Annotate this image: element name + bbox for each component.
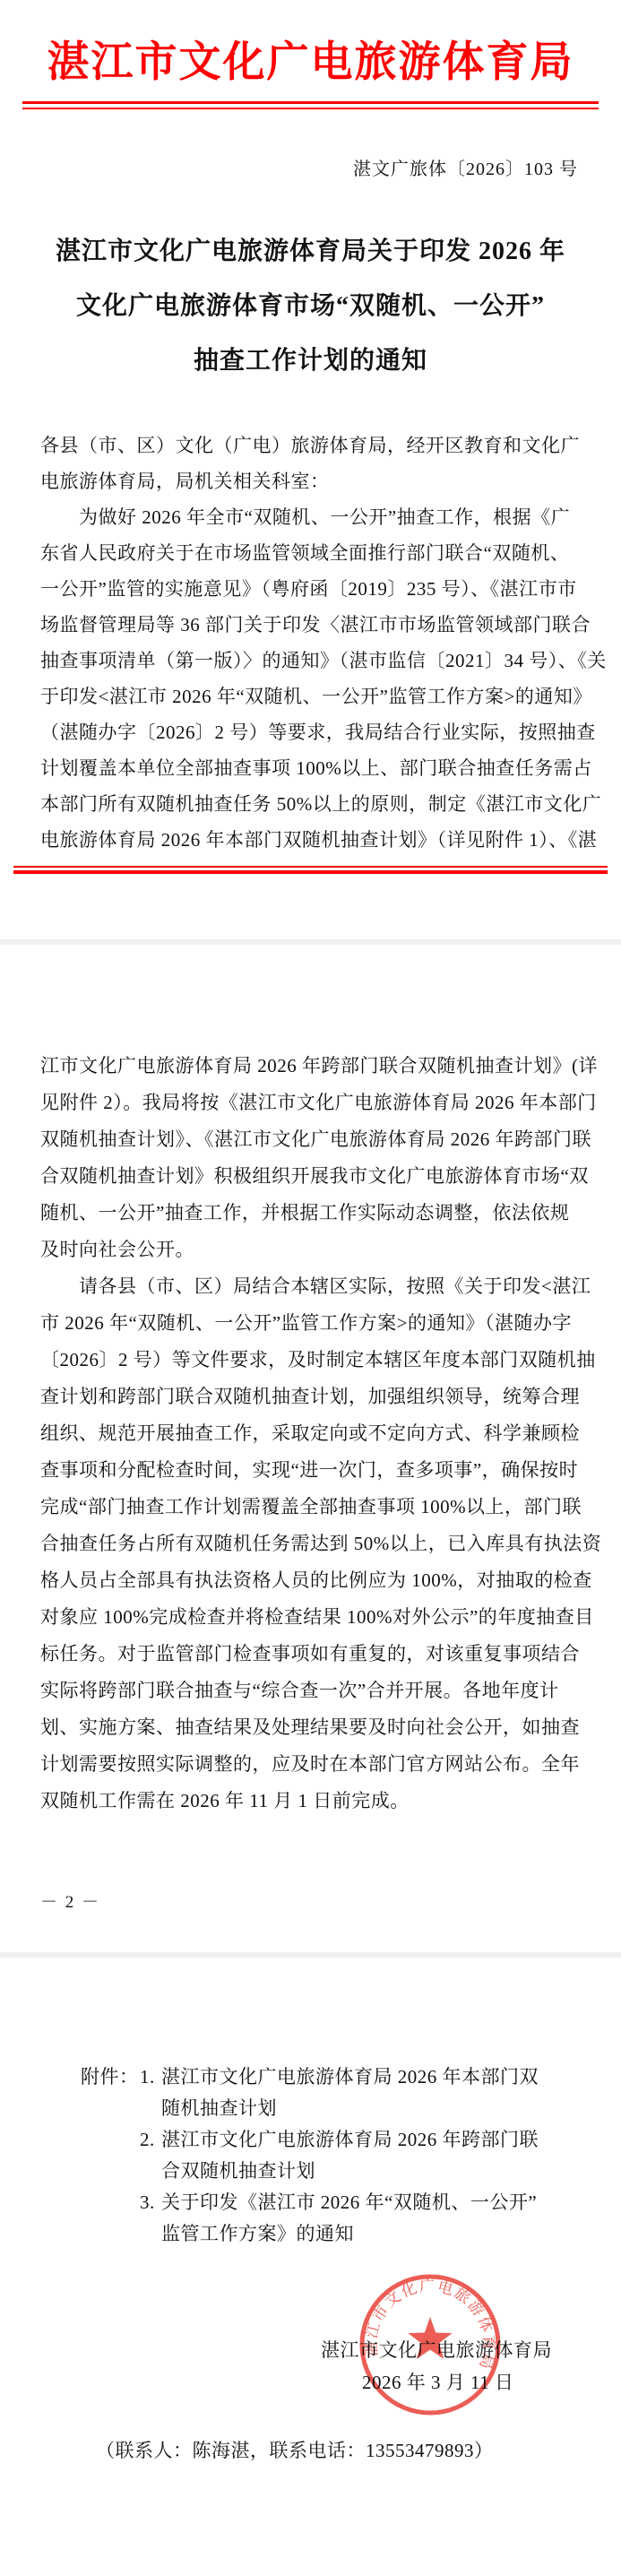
body-line: （湛随办字〔2026〕2 号）等要求，我局结合行业实际，按照抽查 — [40, 714, 585, 750]
attachment-text: 湛江市文化广电旅游体育局 2026 年跨部门联 — [161, 2124, 539, 2156]
attachment-item: 3. 关于印发《湛江市 2026 年“双随机、一公开” — [81, 2187, 603, 2218]
body-text-page-2: 江市文化广电旅游体育局 2026 年跨部门联合双随机抽查计划》(详 见附件 2）… — [40, 1048, 585, 1820]
document-title: 湛江市文化广电旅游体育局关于印发 2026 年 文化广电旅游体育市场“双随机、一… — [0, 224, 621, 388]
body-line: 标任务。对于监管部门检查事项如有重复的，对该重复事项结合 — [40, 1636, 585, 1673]
body-line: 〔2026〕2 号）等文件要求，及时制定本辖区年度本部门双随机抽 — [40, 1342, 585, 1379]
page-2: 江市文化广电旅游体育局 2026 年跨部门联合双随机抽查计划》(详 见附件 2）… — [0, 945, 621, 1952]
body-line: 实际将跨部门联合抽查与“综合查一次”合并开展。各地年度计 — [40, 1673, 585, 1709]
body-line: 组织、规范开展抽查工作，采取定向或不定向方式、科学兼顾检 — [40, 1415, 585, 1452]
attachment-item: 附件： 1. 湛江市文化广电旅游体育局 2026 年本部门双 — [81, 2062, 603, 2093]
body-line: 完成“部门抽查工作计划需覆盖全部抽查事项 100%以上，部门联 — [40, 1489, 585, 1526]
body-line: 电旅游体育局 2026 年本部门双随机抽查计划》（详见附件 1）、《湛 — [40, 822, 585, 858]
body-line: 见附件 2）。我局将按《湛江市文化广电旅游体育局 2026 年本部门 — [40, 1085, 585, 1121]
attachment-label: 附件： — [81, 2062, 140, 2093]
document-number: 湛文广旅体〔2026〕103 号 — [353, 154, 578, 180]
attachments-list: 附件： 1. 湛江市文化广电旅游体育局 2026 年本部门双 随机抽查计划 2.… — [81, 2062, 603, 2250]
body-line: 格人员占全部具有执法资格人员的比例应为 100%，对抽取的检查 — [40, 1562, 585, 1599]
title-line-3: 抽查工作计划的通知 — [0, 333, 621, 388]
body-line: 双随机抽查计划》、《湛江市文化广电旅游体育局 2026 年跨部门联 — [40, 1121, 585, 1158]
footer-double-rule — [13, 866, 608, 874]
rule-thick — [13, 870, 608, 874]
header-double-rule — [22, 101, 599, 109]
body-line: 及时向社会公开。 — [40, 1232, 585, 1268]
body-line: 请各县（市、区）局结合本辖区实际，按照《关于印发<湛江 — [40, 1268, 585, 1305]
body-line: 电旅游体育局，局机关相关科室： — [40, 463, 585, 499]
body-line: 于印发<湛江市 2026 年“双随机、一公开”监管工作方案>的通知》 — [40, 679, 585, 714]
attachment-text: 关于印发《湛江市 2026 年“双随机、一公开” — [161, 2187, 537, 2218]
page-number: － 2 － — [40, 1889, 100, 1913]
attachment-text: 随机抽查计划 — [161, 2093, 603, 2124]
attachment-number: 2. — [140, 2124, 161, 2156]
body-text-page-1: 各县（市、区）文化（广电）旅游体育局，经开区教育和文化广 电旅游体育局，局机关相… — [40, 428, 585, 858]
body-line: 一公开”监管的实施意见》（粤府函〔2019〕235 号）、《湛江市市 — [40, 571, 585, 607]
title-line-1: 湛江市文化广电旅游体育局关于印发 2026 年 — [0, 224, 621, 279]
body-line: 场监督管理局等 36 部门关于印发〈湛江市市场监管领域部门联合 — [40, 607, 585, 643]
body-line: 江市文化广电旅游体育局 2026 年跨部门联合双随机抽查计划》(详 — [40, 1048, 585, 1085]
attachment-number: 3. — [140, 2187, 161, 2218]
page-3: 附件： 1. 湛江市文化广电旅游体育局 2026 年本部门双 随机抽查计划 2.… — [0, 1958, 621, 2576]
body-line: 对象应 100%完成检查并将检查结果 100%对外公示”的年度抽查目 — [40, 1599, 585, 1636]
body-line: 计划需要按照实际调整的，应及时在本部门官方网站公布。全年 — [40, 1746, 585, 1783]
body-line: 查计划和跨部门联合双随机抽查计划，加强组织领导，统筹合理 — [40, 1379, 585, 1415]
body-line: 双随机工作需在 2026 年 11 月 1 日前完成。 — [40, 1783, 585, 1820]
body-line: 合双随机抽查计划》积极组织开展我市文化广电旅游体育市场“双 — [40, 1158, 585, 1195]
attachment-text: 湛江市文化广电旅游体育局 2026 年本部门双 — [161, 2062, 539, 2093]
title-line-2: 文化广电旅游体育市场“双随机、一公开” — [0, 279, 621, 333]
signature-agency: 湛江市文化广电旅游体育局 — [321, 2336, 552, 2363]
agency-header: 湛江市文化广电旅游体育局 — [0, 36, 621, 90]
body-line: 随机、一公开”抽查工作，并根据工作实际动态调整，依法依规 — [40, 1195, 585, 1232]
attachment-item: 2. 湛江市文化广电旅游体育局 2026 年跨部门联 — [81, 2124, 603, 2156]
body-line: 东省人民政府关于在市场监管领域全面推行部门联合“双随机、 — [40, 535, 585, 571]
body-line: 为做好 2026 年全市“双随机、一公开”抽查工作，根据《广 — [40, 499, 585, 535]
body-line: 抽查事项清单（第一版）〉的通知》（湛市监信〔2021〕34 号）、《关 — [40, 643, 585, 679]
attachment-text: 合双随机抽查计划 — [161, 2156, 603, 2187]
body-line: 市 2026 年“双随机、一公开”监管工作方案>的通知》（湛随办字 — [40, 1305, 585, 1342]
rule-thin — [22, 108, 599, 109]
official-document: 湛江市文化广电旅游体育局 湛文广旅体〔2026〕103 号 湛江市文化广电旅游体… — [0, 0, 621, 2576]
body-line: 查事项和分配检查时间，实现“进一次门，查多项事”，确保按时 — [40, 1452, 585, 1489]
page-1: 湛江市文化广电旅游体育局 湛文广旅体〔2026〕103 号 湛江市文化广电旅游体… — [0, 0, 621, 939]
attachment-number: 1. — [140, 2062, 161, 2093]
attachment-text: 监管工作方案》的通知 — [161, 2218, 603, 2250]
signature-date: 2026 年 3 月 11 日 — [362, 2368, 513, 2395]
body-line: 计划覆盖本单位全部抽查事项 100%以上、部门联合抽查任务需占 — [40, 750, 585, 786]
body-line: 各县（市、区）文化（广电）旅游体育局，经开区教育和文化广 — [40, 428, 585, 463]
body-line: 合抽查任务占所有双随机任务需达到 50%以上，已入库具有执法资 — [40, 1526, 585, 1562]
contact-line: （联系人：陈海湛，联系电话：13553479893） — [96, 2436, 494, 2463]
body-line: 本部门所有双随机抽查任务 50%以上的原则，制定《湛江市文化广 — [40, 786, 585, 822]
body-line: 划、实施方案、抽查结果及处理结果要及时向社会公开，如抽查 — [40, 1709, 585, 1746]
